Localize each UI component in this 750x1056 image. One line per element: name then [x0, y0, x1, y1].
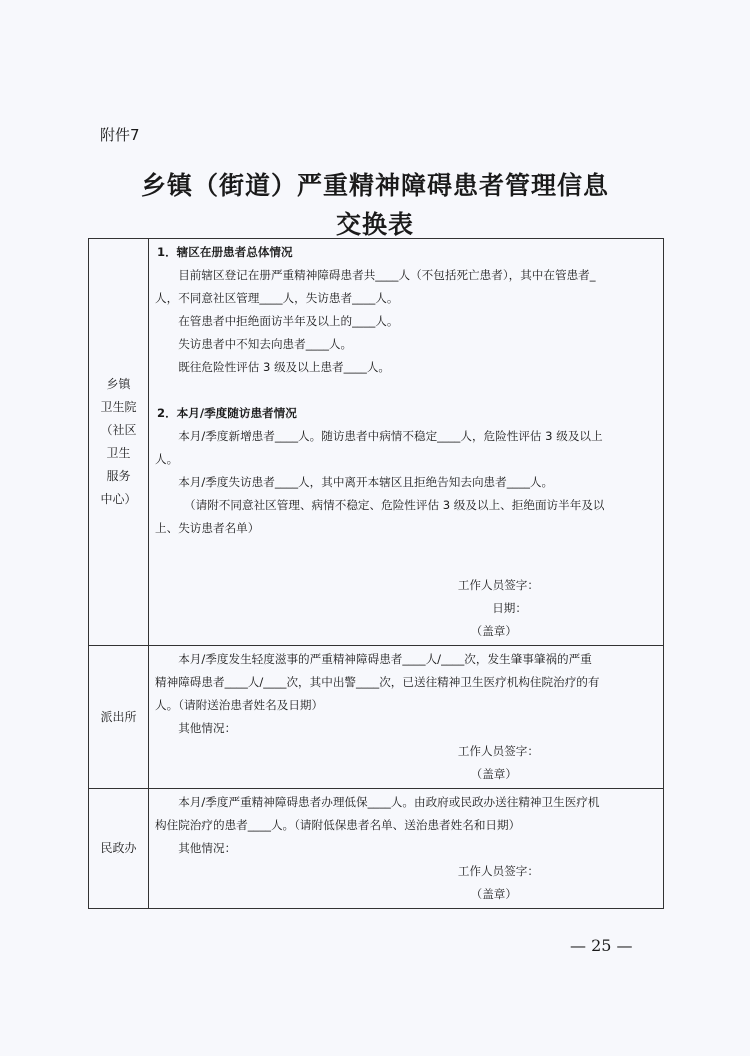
table-row-civil-affairs: 民政办 本月/季度严重精神障碍患者办理低保____人。由政府或民政办送往精神卫生…	[89, 789, 664, 909]
section2-para-line: 本月/季度新增患者____人。随访患者中病情不稳定____人，危险性评估 3 级…	[155, 425, 657, 448]
section1-para-line: 人，不同意社区管理____人，失访患者____人。	[155, 287, 657, 310]
attachment-label: 附件7	[100, 124, 140, 145]
page-title: 乡镇（街道）严重精神障碍患者管理信息	[0, 166, 750, 202]
row-label-health-center: 乡镇 卫生院 （社区 卫生 服务 中心）	[89, 239, 149, 646]
section2-note: （请附不同意社区管理、病情不稳定、危险性评估 3 级及以上、拒绝面访半年及以	[155, 494, 657, 517]
signature-field: 工作人员签字：	[155, 574, 657, 597]
police-content: 本月/季度发生轻度滋事的严重精神障碍患者____人/____次，发生肇事肇祸的严…	[149, 646, 664, 789]
section2-heading: 2．本月/季度随访患者情况	[155, 402, 657, 425]
seal-field: （盖章）	[155, 620, 657, 643]
row-label-police: 派出所	[89, 646, 149, 789]
label-line: 卫生	[89, 442, 148, 465]
section1-line: 既往危险性评估 3 级及以上患者____人。	[155, 356, 657, 379]
other-situation: 其他情况：	[155, 717, 657, 740]
other-situation: 其他情况：	[155, 837, 657, 860]
row-label-civil-affairs: 民政办	[89, 789, 149, 909]
page-number: — 25 —	[570, 936, 633, 955]
label-line: 服务	[89, 465, 148, 488]
seal-field: （盖章）	[155, 883, 657, 906]
section1-heading: 1．辖区在册患者总体情况	[155, 241, 657, 264]
section1-line: 在管患者中拒绝面访半年及以上的____人。	[155, 310, 657, 333]
section1-line: 失访患者中不知去向患者____人。	[155, 333, 657, 356]
spacer	[155, 540, 657, 574]
section2-line: 本月/季度失访患者____人，其中离开本辖区且拒绝告知去向患者____人。	[155, 471, 657, 494]
seal-field: （盖章）	[155, 763, 657, 786]
label-line: 乡镇	[89, 373, 148, 396]
police-para-line: 本月/季度发生轻度滋事的严重精神障碍患者____人/____次，发生肇事肇祸的严…	[155, 648, 657, 671]
spacer	[155, 379, 657, 402]
info-exchange-table: 乡镇 卫生院 （社区 卫生 服务 中心） 1．辖区在册患者总体情况 目前辖区登记…	[88, 238, 664, 909]
police-para-line: 人。（请附送治患者姓名及日期）	[155, 694, 657, 717]
police-para-line: 精神障碍患者____人/____次，其中出警____次，已送往精神卫生医疗机构住…	[155, 671, 657, 694]
section2-para-line: 人。	[155, 448, 657, 471]
signature-field: 工作人员签字：	[155, 740, 657, 763]
civil-para-line: 本月/季度严重精神障碍患者办理低保____人。由政府或民政办送往精神卫生医疗机	[155, 791, 657, 814]
civil-para-line: 构住院治疗的患者____人。（请附低保患者名单、送治患者姓名和日期）	[155, 814, 657, 837]
civil-affairs-content: 本月/季度严重精神障碍患者办理低保____人。由政府或民政办送往精神卫生医疗机 …	[149, 789, 664, 909]
health-center-content: 1．辖区在册患者总体情况 目前辖区登记在册严重精神障碍患者共____人（不包括死…	[149, 239, 664, 646]
signature-field: 工作人员签字：	[155, 860, 657, 883]
table-row-health-center: 乡镇 卫生院 （社区 卫生 服务 中心） 1．辖区在册患者总体情况 目前辖区登记…	[89, 239, 664, 646]
section1-para-line: 目前辖区登记在册严重精神障碍患者共____人（不包括死亡患者），其中在管患者_	[155, 264, 657, 287]
table-row-police: 派出所 本月/季度发生轻度滋事的严重精神障碍患者____人/____次，发生肇事…	[89, 646, 664, 789]
date-field: 日期：	[155, 597, 657, 620]
page-title-line2: 交换表	[0, 205, 750, 241]
label-line: （社区	[89, 419, 148, 442]
label-line: 卫生院	[89, 396, 148, 419]
label-line: 中心）	[89, 488, 148, 511]
section2-note: 上、失访患者名单）	[155, 517, 657, 540]
